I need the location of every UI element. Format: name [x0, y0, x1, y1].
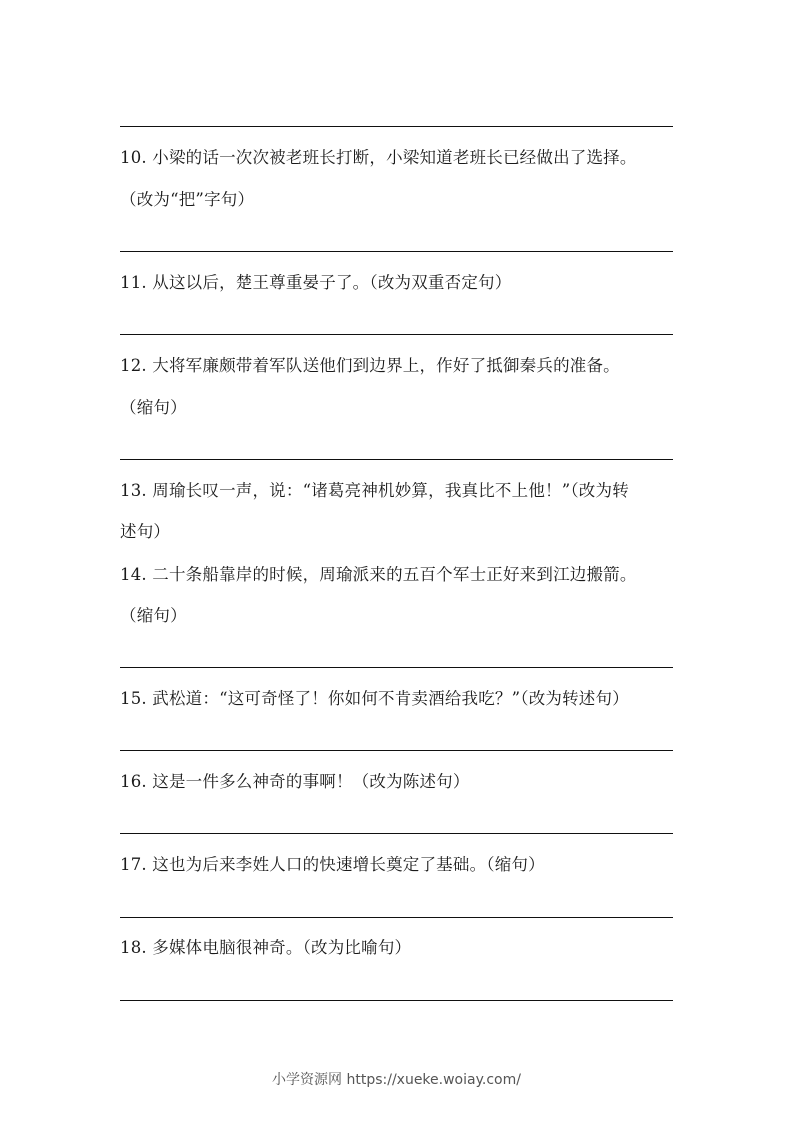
question-17-line-1: 17. 这也为后来李姓人口的快速增长奠定了基础。（缩句） — [120, 854, 680, 876]
answer-line-10 — [120, 251, 673, 252]
footer-watermark: 小学资源网 https://xueke.woiay.com/ — [0, 1069, 793, 1089]
question-11-line-1: 11. 从这以后，楚王尊重晏子了。（改为双重否定句） — [120, 272, 680, 294]
question-18-line-1: 18. 多媒体电脑很神奇。（改为比喻句） — [120, 937, 680, 959]
answer-line-14 — [120, 667, 673, 668]
question-10-line-2: （改为“把”字句） — [120, 189, 680, 211]
question-14-line-2: （缩句） — [120, 605, 680, 627]
answer-line-18 — [120, 1000, 673, 1001]
answer-line-12 — [120, 459, 673, 460]
question-10-line-1: 10. 小梁的话一次次被老班长打断，小梁知道老班长已经做出了选择。 — [120, 147, 680, 169]
answer-line-16 — [120, 833, 673, 834]
answer-line-17 — [120, 917, 673, 918]
answer-line-top — [120, 126, 673, 127]
question-15-line-1: 15. 武松道：“这可奇怪了！你如何不肯卖酒给我吃？”（改为转述句） — [120, 688, 680, 710]
question-12-line-2: （缩句） — [120, 397, 680, 419]
answer-line-11 — [120, 334, 673, 335]
question-12-line-1: 12. 大将军廉颇带着军队送他们到边界上，作好了抵御秦兵的准备。 — [120, 355, 680, 377]
question-16-line-1: 16. 这是一件多么神奇的事啊！（改为陈述句） — [120, 771, 680, 793]
answer-line-15 — [120, 750, 673, 751]
question-14-line-1: 14. 二十条船靠岸的时候，周瑜派来的五百个军士正好来到江边搬箭。 — [120, 564, 680, 586]
question-13-line-2: 述句） — [120, 521, 680, 543]
question-13-line-1: 13. 周瑜长叹一声，说：“诸葛亮神机妙算，我真比不上他！”（改为转 — [120, 480, 680, 502]
